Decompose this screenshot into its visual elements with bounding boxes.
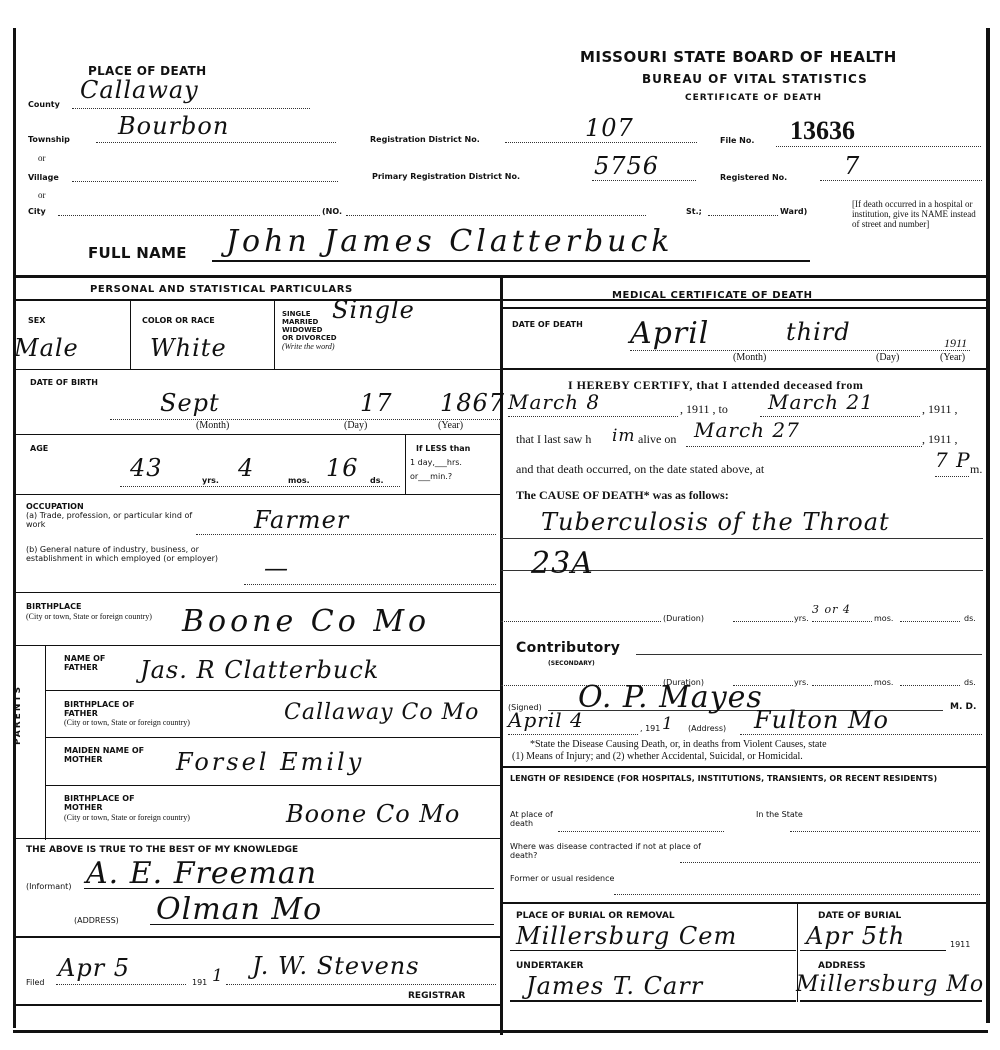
marital-note: (Write the word) <box>282 342 337 351</box>
marital-value[interactable]: Single <box>332 296 415 324</box>
county-value: Callaway <box>80 76 199 104</box>
mos-label: mos. <box>874 614 893 623</box>
divider <box>13 434 501 435</box>
death-time-suffix: m. <box>970 462 982 477</box>
divider <box>13 369 501 370</box>
contracted-field[interactable] <box>680 853 980 863</box>
burial-place-field[interactable]: Millersburg Cem <box>510 924 796 951</box>
city-field[interactable] <box>58 206 320 216</box>
street-label: St.; <box>686 207 702 216</box>
father-name-value[interactable]: Jas. R Clatterbuck <box>140 656 379 684</box>
bottom-border <box>13 1030 988 1033</box>
filed-year-suffix: 1 <box>212 966 224 986</box>
divider <box>130 299 131 369</box>
county-label: County <box>28 100 60 109</box>
township-label: Township <box>28 135 70 144</box>
marital-option: OR DIVORCED <box>282 334 337 342</box>
signed-address-value: Fulton Mo <box>754 706 889 734</box>
undertaker-address-label: ADDRESS <box>818 962 866 971</box>
divider <box>13 592 501 593</box>
mother-birthplace-label: BIRTHPLACE OF MOTHER <box>64 794 154 812</box>
occupation-a-value: Farmer <box>254 506 349 534</box>
attended-from-value: March 8 <box>508 390 600 414</box>
at-place-field[interactable] <box>558 822 724 832</box>
mother-maiden-value[interactable]: Forsel Emily <box>176 748 364 776</box>
divider <box>45 690 501 691</box>
mos-label: mos. <box>874 678 893 687</box>
burial-date-field[interactable]: Apr 5th <box>800 924 946 951</box>
registrar-label: REGISTRAR <box>408 992 465 1001</box>
divider <box>13 936 501 938</box>
last-saw-field[interactable]: March 27 <box>686 428 922 447</box>
undertaker-address-field[interactable]: Millersburg Mo <box>800 974 982 1002</box>
occupation-b-field[interactable]: — <box>244 570 496 585</box>
dod-year-value: 1911 <box>944 336 967 351</box>
footnote-line-1: *State the Disease Causing Death, or, in… <box>530 740 827 750</box>
sex-value[interactable]: Male <box>14 334 79 362</box>
informant-label: (Informant) <box>26 882 71 891</box>
signed-year-prefix: , 191 <box>640 724 660 733</box>
cause-code: 23A <box>531 546 594 581</box>
ds-label: ds. <box>964 678 976 687</box>
father-birthplace-sub: (City or town, State or foreign country) <box>64 718 190 728</box>
attended-from-field[interactable]: March 8 <box>508 398 678 417</box>
registered-no-value: 7 <box>844 152 860 180</box>
marital-option: WIDOWED <box>282 326 337 334</box>
father-name-label: NAME OF FATHER <box>64 654 134 672</box>
last-saw-mid: alive on <box>638 432 676 447</box>
burial-place-label: PLACE OF BURIAL OR REMOVAL <box>516 912 675 921</box>
attended-to-value: March 21 <box>768 390 874 414</box>
divider <box>13 494 501 495</box>
undertaker-address-value: Millersburg Mo <box>796 972 984 997</box>
birthplace-sub: (City or town, State or foreign country) <box>26 612 176 621</box>
day-caption: (Day) <box>876 352 899 363</box>
hospital-note: [If death occurred in a hospital or inst… <box>852 199 982 229</box>
file-no-label: File No. <box>720 136 754 145</box>
attended-to-field[interactable]: March 21 <box>760 398 920 417</box>
undertaker-label: UNDERTAKER <box>516 962 583 971</box>
divider <box>501 368 987 370</box>
dob-year-value: 1867 <box>440 389 505 417</box>
mother-birthplace-value[interactable]: Boone Co Mo <box>286 800 460 828</box>
less-than-hours: 1 day,___hrs. <box>410 458 462 467</box>
full-name-value: John James Clatterbuck <box>226 224 673 259</box>
burial-date-value: Apr 5th <box>806 922 905 950</box>
father-birthplace-label: BIRTHPLACE OF FATHER <box>64 700 154 718</box>
dod-field[interactable]: April third 1911 <box>630 328 970 351</box>
last-saw-year: , 1911 , <box>922 432 958 447</box>
yrs-label: yrs. <box>794 678 809 687</box>
occupation-a-label: (a) Trade, profession, or particular kin… <box>26 511 196 529</box>
registered-no-label: Registered No. <box>720 173 787 182</box>
last-saw-date: March 27 <box>694 418 800 442</box>
less-than-label: If LESS than <box>416 444 470 453</box>
age-field[interactable]: 43 yrs. 4 mos. 16 ds. <box>120 472 400 487</box>
race-value[interactable]: White <box>150 334 227 362</box>
duration-days-field[interactable] <box>900 612 960 622</box>
footnote-line-2: (1) Means of Injury; and (2) whether Acc… <box>512 752 803 762</box>
divider <box>501 902 987 904</box>
informant-address-value: Olman Mo <box>156 892 322 927</box>
dob-day-value: 17 <box>360 389 393 417</box>
burial-year: 1911 <box>950 940 970 949</box>
attended-from-year: , 1911 , to <box>680 402 728 417</box>
contrib-days-field[interactable] <box>900 676 960 686</box>
township-value: Bourbon <box>118 112 229 140</box>
duration-months-field[interactable] <box>812 612 872 622</box>
cause-line <box>501 612 661 622</box>
former-residence-field[interactable] <box>614 885 980 895</box>
primary-district-field[interactable]: 5756 <box>592 160 696 181</box>
mother-maiden-label: MAIDEN NAME OF MOTHER <box>64 746 154 764</box>
signed-year-suffix: 1 <box>662 714 674 734</box>
mother-birthplace-sub: (City or town, State or foreign country) <box>64 813 190 823</box>
divider <box>13 838 501 839</box>
certificate-title: CERTIFICATE OF DEATH <box>685 93 822 103</box>
day-caption: (Day) <box>344 420 367 431</box>
board-title: MISSOURI STATE BOARD OF HEALTH <box>580 48 897 66</box>
village-label: Village <box>28 173 59 182</box>
cause-field-2[interactable]: 23A <box>501 540 983 571</box>
yrs-label: yrs. <box>202 476 219 485</box>
occupation-title: OCCUPATION <box>26 502 84 511</box>
burial-place-value: Millersburg Cem <box>516 922 737 950</box>
county-field[interactable]: Callaway <box>72 86 310 109</box>
secondary-label: (SECONDARY) <box>548 659 595 668</box>
residence-title: LENGTH OF RESIDENCE (FOR HOSPITALS, INST… <box>510 774 980 783</box>
filed-year-prefix: 191 <box>192 978 207 987</box>
registration-district-value: 107 <box>585 114 634 142</box>
dod-day-value: third <box>786 318 851 346</box>
divider <box>501 307 987 309</box>
yrs-label: yrs. <box>794 614 809 623</box>
marital-options: SINGLE MARRIED WIDOWED OR DIVORCED (Writ… <box>282 310 337 351</box>
year-caption: (Year) <box>438 420 463 431</box>
cause-value: Tuberculosis of the Throat <box>541 508 890 536</box>
primary-district-value: 5756 <box>594 152 659 180</box>
divider <box>501 766 987 768</box>
personal-section-title: PERSONAL AND STATISTICAL PARTICULARS <box>90 284 353 295</box>
birthplace-label: BIRTHPLACE <box>26 602 82 611</box>
death-time-field[interactable]: 7 P <box>935 458 969 477</box>
former-residence-label: Former or usual residence <box>510 874 630 883</box>
divider <box>45 645 46 840</box>
burial-date-label: DATE OF BURIAL <box>818 912 901 921</box>
city-label: City <box>28 207 46 216</box>
occupation-b-label: (b) General nature of industry, business… <box>26 545 241 563</box>
address-label: (ADDRESS) <box>74 916 119 925</box>
marital-option: MARRIED <box>282 318 337 326</box>
year-caption: (Year) <box>940 352 965 363</box>
duration-years-field[interactable] <box>733 612 793 622</box>
ds-label: ds. <box>370 476 384 485</box>
signed-address-field[interactable]: Fulton Mo <box>740 714 982 735</box>
age-years-value: 43 <box>130 454 163 482</box>
md-label: M. D. <box>950 703 976 712</box>
signed-address-label: (Address) <box>688 724 726 733</box>
bureau-title: BUREAU OF VITAL STATISTICS <box>642 72 868 86</box>
file-no-field[interactable]: 13636 <box>776 120 981 147</box>
registrar-field[interactable]: J. W. Stevens <box>226 962 496 985</box>
divider <box>405 434 406 494</box>
marital-option: SINGLE <box>282 310 337 318</box>
registration-district-field[interactable]: 107 <box>505 124 697 143</box>
month-caption: (Month) <box>196 420 229 431</box>
filed-label: Filed <box>26 978 44 987</box>
registration-district-label: Registration District No. <box>370 135 480 144</box>
signed-date-field[interactable]: April 4 <box>508 716 638 735</box>
or-text: or <box>38 153 46 163</box>
ward-label: Ward) <box>780 207 807 216</box>
filed-date-field[interactable]: Apr 5 <box>56 960 186 985</box>
parents-label: PARENTS <box>14 685 23 745</box>
street-field[interactable] <box>346 206 646 216</box>
full-name-field[interactable]: John James Clatterbuck <box>212 228 810 262</box>
physician-signature: O. P. Mayes <box>578 680 763 715</box>
dob-field[interactable]: Sept 17 1867 <box>110 395 500 420</box>
race-label: COLOR OR RACE <box>142 316 215 325</box>
in-state-field[interactable] <box>790 822 980 832</box>
informant-address-field[interactable]: Olman Mo <box>150 896 494 925</box>
dob-month-value: Sept <box>160 389 220 417</box>
death-time-value: 7 P <box>935 448 971 472</box>
divider <box>45 785 501 786</box>
informant-field[interactable]: A. E. Freeman <box>84 862 494 889</box>
right-border <box>986 28 990 1023</box>
birthplace-value[interactable]: Boone Co Mo <box>182 604 430 639</box>
cause-label: The CAUSE OF DEATH* was as follows: <box>516 488 729 503</box>
divider <box>274 299 275 369</box>
filed-date-value: Apr 5 <box>58 954 130 982</box>
mos-label: mos. <box>288 476 310 485</box>
primary-district-label: Primary Registration District No. <box>372 172 520 181</box>
occupation-a-field[interactable]: Farmer <box>196 520 496 535</box>
divider <box>45 737 501 738</box>
undertaker-value: James T. Carr <box>526 972 703 1000</box>
undertaker-field[interactable]: James T. Carr <box>510 974 796 1002</box>
contributory-label: Contributory <box>516 640 620 656</box>
ward-field[interactable] <box>708 206 778 216</box>
divider <box>13 1004 501 1006</box>
less-than-minutes: or___min.? <box>410 472 452 481</box>
true-statement: THE ABOVE IS TRUE TO THE BEST OF MY KNOW… <box>26 846 298 855</box>
registered-no-field[interactable]: 7 <box>820 160 982 181</box>
attended-to-year: , 1911 , <box>922 402 958 417</box>
or-text: or <box>38 190 46 200</box>
month-caption: (Month) <box>733 352 766 363</box>
last-saw-prefix: that I last saw h <box>516 432 591 447</box>
township-field[interactable]: Bourbon <box>96 120 336 143</box>
full-name-label: FULL NAME <box>88 244 187 262</box>
sex-label: SEX <box>28 316 45 325</box>
signed-date-value: April 4 <box>508 708 584 732</box>
duration-label: (Duration) <box>663 614 704 623</box>
father-birthplace-value[interactable]: Callaway Co Mo <box>284 700 479 725</box>
in-state-label: In the State <box>756 810 806 819</box>
death-time-text: and that death occurred, on the date sta… <box>516 462 764 477</box>
contributory-field[interactable] <box>636 644 982 655</box>
dod-label: DATE OF DEATH <box>512 320 583 329</box>
village-field[interactable] <box>72 172 338 182</box>
registrar-signature: J. W. Stevens <box>252 952 420 980</box>
cause-field[interactable]: Tuberculosis of the Throat <box>501 508 983 539</box>
informant-value: A. E. Freeman <box>86 856 317 891</box>
divider <box>13 645 501 646</box>
ds-label: ds. <box>964 614 976 623</box>
age-months-value: 4 <box>238 454 254 482</box>
street-number-label: (NO. <box>322 207 342 216</box>
medical-section-title: MEDICAL CERTIFICATE OF DEATH <box>612 290 813 301</box>
age-label: AGE <box>30 444 48 453</box>
left-border <box>13 28 16 1028</box>
last-saw-him: im <box>612 426 636 446</box>
file-no-value: 13636 <box>790 116 855 145</box>
occupation-b-value: — <box>264 554 289 582</box>
age-days-value: 16 <box>326 454 359 482</box>
contrib-months-field[interactable] <box>812 676 872 686</box>
dob-label: DATE OF BIRTH <box>30 378 98 387</box>
dod-month-value: April <box>630 316 709 351</box>
